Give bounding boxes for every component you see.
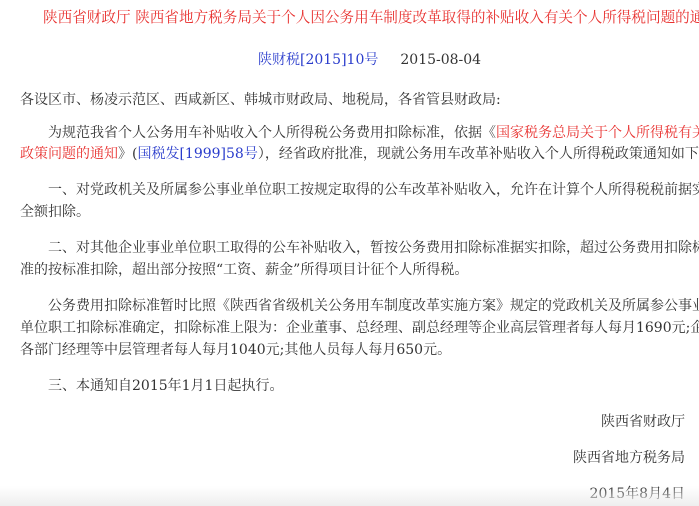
addressee: 各设区市、杨凌示范区、西咸新区、韩城市财政局、地税局，各省管县财政局: [20,90,501,110]
item-2-line-2: 准的按标准扣除，超出部分按照“工资、薪金”所得项目计征个人所得税。 [20,260,468,280]
bracket-text: 》( [118,146,137,162]
issue-date: 2015-08-04 [400,52,481,68]
item-1-line-1: 一、对党政机关及所属参公事业单位职工按规定取得的公车改革补贴收入，允许在计算个人… [48,180,699,200]
document-title: 陕西省财政厅 陕西省地方税务局关于个人因公务用车制度改革取得的补贴收入有关个人所… [43,8,699,28]
standard-line-1: 公务费用扣除标准暂时比照《陕西省省级机关公务用车制度改革实施方案》规定的党政机关… [48,296,699,316]
referenced-notice-link[interactable]: 国家税务总局关于个人所得税有关 [496,125,699,141]
item-3: 三、本通知自2015年1月1日起执行。 [48,376,283,396]
item-1-line-2: 全额扣除。 [20,202,90,222]
document-number-line: 陕财税[2015]10号2015-08-04 [258,50,481,70]
reference-number-link[interactable]: 国税发[1999]58号 [137,146,257,162]
signature-issuer-2: 陕西省地方税务局 [573,448,685,468]
intro-line-2: 政策问题的通知》(国税发[1999]58号），经省政府批准，现就公务用车改革补贴… [20,144,699,164]
signature-issuer-1: 陕西省财政厅 [601,412,685,432]
intro-line-1: 为规范我省个人公务用车补贴收入个人所得税公务费用扣除标准，依据《国家税务总局关于… [48,123,699,143]
intro-suffix: ），经省政府批准，现就公务用车改革补贴收入个人所得税政策通知如下: [258,146,699,162]
standard-line-2: 单位职工扣除标准确定，扣除标准上限为：企业董事、总经理、副总经理等企业高层管理者… [20,318,699,338]
intro-text: 为规范我省个人公务用车补贴收入个人所得税公务费用扣除标准，依据《 [48,125,496,141]
standard-line-3: 各部门经理等中层管理者每人每月1040元;其他人员每人每月650元。 [20,340,451,360]
document-page: 陕西省财政厅 陕西省地方税务局关于个人因公务用车制度改革取得的补贴收入有关个人所… [0,0,699,506]
referenced-notice-link-cont[interactable]: 政策问题的通知 [20,146,118,162]
bottom-fade [0,486,699,506]
item-2-line-1: 二、对其他企业事业单位职工取得的公车补贴收入，暂按公务费用扣除标准据实扣除，超过… [48,238,699,258]
document-number-link[interactable]: 陕财税[2015]10号 [258,52,378,68]
